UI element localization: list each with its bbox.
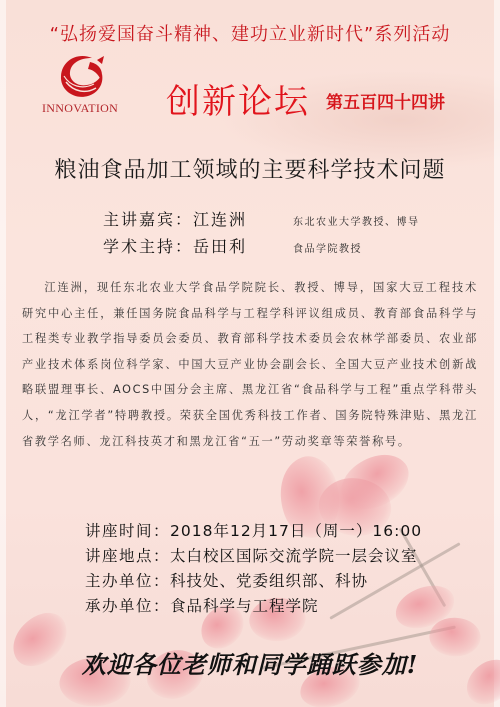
location-label: 讲座地点： (85, 544, 170, 566)
host-row: 学术主持： 岳田利 食品学院教授 (103, 234, 420, 261)
speaker-bio: 江连洲，现任东北农业大学食品学院院长、教授、博导，国家大豆工程技术研究中心主任，… (22, 275, 478, 454)
organizer-label: 主办单位： (85, 569, 170, 591)
speaker-name: 江连洲 (193, 207, 293, 230)
organizer-value: 科技处、党委组织部、科协 (170, 569, 368, 591)
host-title: 食品学院教授 (293, 240, 362, 255)
welcome-message: 欢迎各位老师和同学踊跃参加! (0, 645, 500, 680)
people-list: 主讲嘉宾： 江连洲 东北农业大学教授、博导 学术主持： 岳田利 食品学院教授 (103, 207, 420, 261)
host-name: 岳田利 (193, 234, 293, 257)
forum-title: 创新论坛 (166, 74, 310, 123)
host-unit-label: 承办单位： (85, 594, 170, 616)
time-value: 2018年12月17日（周一）16:00 (170, 519, 422, 541)
lecture-topic: 粮油食品加工领域的主要科学技术问题 (0, 153, 500, 184)
right-frame-edge (494, 0, 500, 707)
info-row-location: 讲座地点： 太白校区国际交流学院一层会议室 (85, 544, 422, 569)
info-row-organizer: 主办单位： 科技处、党委组织部、科协 (85, 569, 422, 594)
speaker-row: 主讲嘉宾： 江连洲 东北农业大学教授、博导 (103, 207, 420, 234)
info-row-host-unit: 承办单位： 食品科学与工程学院 (85, 594, 422, 619)
speaker-label: 主讲嘉宾： (103, 207, 193, 230)
info-row-time: 讲座时间： 2018年12月17日（周一）16:00 (85, 519, 422, 544)
host-unit-value: 食品科学与工程学院 (170, 594, 319, 616)
host-label: 学术主持： (103, 234, 193, 257)
time-label: 讲座时间： (85, 519, 170, 541)
left-frame-edge (0, 0, 6, 707)
logo-text: INNOVATION (42, 101, 142, 116)
speaker-title: 东北农业大学教授、博导 (293, 213, 420, 228)
event-info: 讲座时间： 2018年12月17日（周一）16:00 讲座地点： 太白校区国际交… (85, 519, 422, 619)
innovation-logo-icon (52, 50, 116, 102)
lecture-number: 第五百四十四讲 (326, 88, 445, 113)
location-value: 太白校区国际交流学院一层会议室 (170, 544, 418, 566)
poster: “弘扬爱国奋斗精神、建功立业新时代”系列活动 INNOVATION 创新论坛 第… (0, 0, 500, 707)
series-title: “弘扬爱国奋斗精神、建功立业新时代”系列活动 (0, 20, 500, 46)
